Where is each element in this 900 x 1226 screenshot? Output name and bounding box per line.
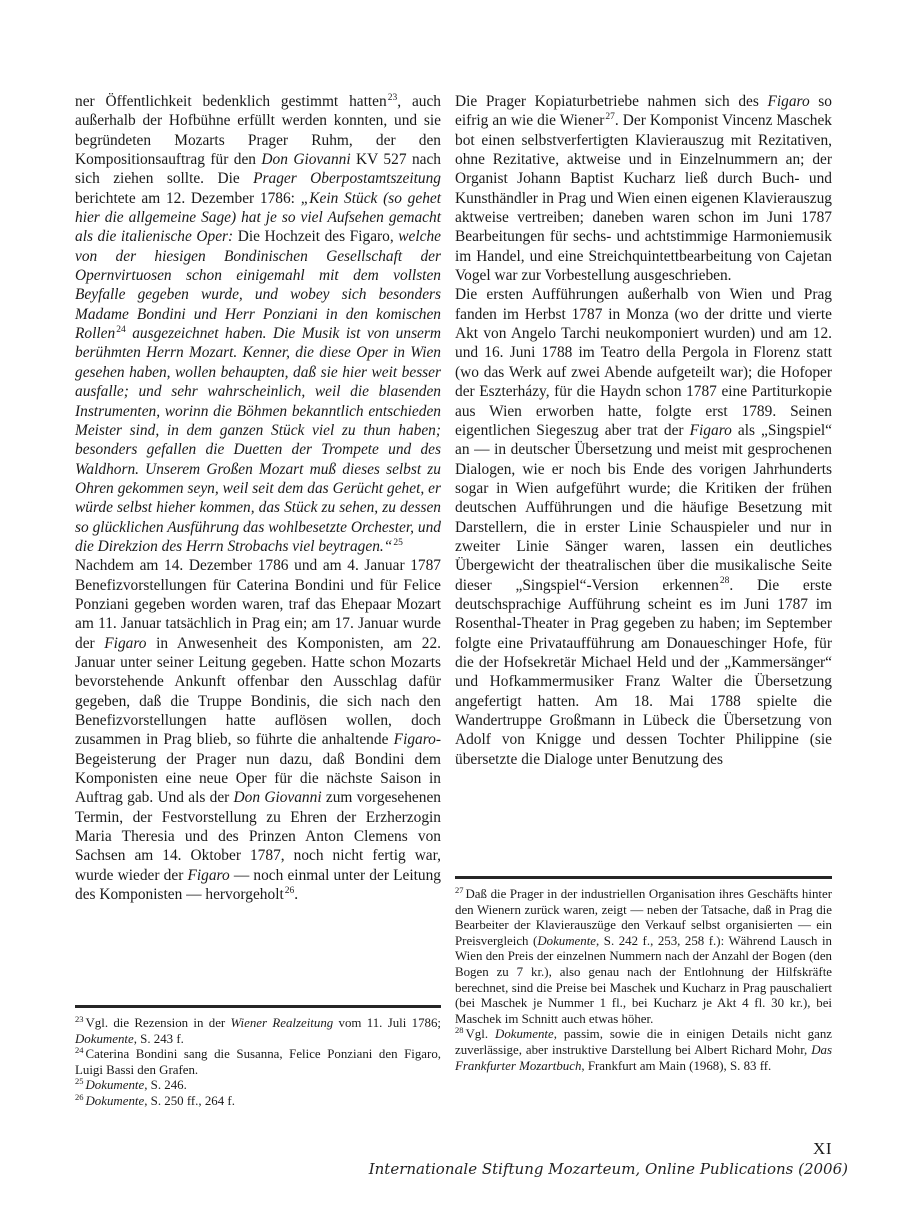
book-page: ner Öffentlichkeit bedenklich gestimmt h…: [0, 0, 900, 1226]
text-run: vom 11. Juli 1786;: [333, 1016, 441, 1030]
right-footnote-block: 27Daß die Prager in der industriellen Or…: [455, 876, 832, 1074]
text-run: berichtete am 12. Dezember 1786:: [75, 190, 301, 207]
text-run: , S. 243 f.: [134, 1032, 184, 1046]
text-run: ausgezeichnet haben. Die Musik ist von u…: [75, 325, 441, 555]
footnote-number: 25: [75, 1076, 84, 1086]
footnote-number: 26: [75, 1092, 84, 1102]
footnote-23: 23Vgl. die Rezension in der Wiener Realz…: [75, 1016, 441, 1047]
text-run: Figaro: [187, 867, 229, 884]
footnote-number: 27: [455, 885, 464, 895]
text-run: , S. 246.: [144, 1078, 187, 1092]
body-paragraph: Die ersten Aufführungen außerhalb von Wi…: [455, 285, 832, 769]
footnote-25: 25Dokumente, S. 246.: [75, 1078, 441, 1094]
text-run: , S. 250 ff., 264 f.: [144, 1094, 235, 1108]
text-run: als „Singspiel“ an — in deutscher Überse…: [455, 422, 832, 594]
text-run: Figaro: [690, 422, 732, 439]
text-run: Prager Oberpostamtszeitung: [253, 170, 441, 187]
text-run: . Der Komponist Vincenz Maschek bot eine…: [455, 112, 832, 284]
left-footnote-block: 23Vgl. die Rezension in der Wiener Realz…: [75, 1005, 441, 1110]
text-run: Don Giovanni: [261, 151, 350, 168]
footnote-28: 28Vgl. Dokumente, passim, sowie die in e…: [455, 1027, 832, 1074]
text-run: Don Giovanni: [234, 789, 322, 806]
footnote-24: 24Caterina Bondini sang die Susanna, Fel…: [75, 1047, 441, 1078]
text-run: Dokumente: [75, 1032, 134, 1046]
body-paragraph: Nachdem am 14. Dezember 1786 und am 4. J…: [75, 556, 441, 904]
footnote-number: 24: [75, 1045, 84, 1055]
text-run: Dokumente: [86, 1094, 145, 1108]
text-run: ner Öffentlichkeit bedenklich gestimmt h…: [75, 93, 387, 110]
body-paragraph: ner Öffentlichkeit bedenklich gestimmt h…: [75, 92, 441, 556]
text-run: .: [294, 886, 298, 903]
left-column: ner Öffentlichkeit bedenklich gestimmt h…: [75, 92, 441, 904]
footnote-separator-rule: [455, 876, 832, 879]
footnote-27: 27Daß die Prager in der industriellen Or…: [455, 887, 832, 1027]
footer-credit: Internationale Stiftung Mozarteum, Onlin…: [369, 1160, 848, 1178]
footnote-ref: 23: [388, 93, 398, 103]
footnote-number: 23: [75, 1014, 84, 1024]
text-run: . Die erste deutschsprachige Aufführung …: [455, 577, 832, 768]
text-run: Figaro: [394, 731, 436, 748]
text-run: Dokumente: [86, 1078, 145, 1092]
page-number: XI: [455, 1139, 832, 1159]
text-run: Die Hochzeit des Figaro,: [238, 228, 394, 245]
text-run: Wiener Realzeitung: [231, 1016, 334, 1030]
footnote-number: 28: [455, 1025, 464, 1035]
footnote-separator-rule: [75, 1005, 441, 1008]
text-run: Vgl.: [466, 1027, 496, 1041]
text-run: Dokumente: [537, 934, 596, 948]
footnote-ref: 28: [720, 576, 730, 586]
text-run: Die ersten Aufführungen außerhalb von Wi…: [455, 286, 832, 438]
footnote-26: 26Dokumente, S. 250 ff., 264 f.: [75, 1094, 441, 1110]
text-run: Die Prager Kopiaturbetriebe nahmen sich …: [455, 93, 767, 110]
text-run: Figaro: [104, 635, 146, 652]
footnote-ref: 27: [605, 112, 615, 122]
footnote-ref: 26: [285, 886, 295, 896]
footnote-ref: 25: [393, 538, 403, 548]
text-run: Dokumente: [495, 1027, 554, 1041]
right-column: Die Prager Kopiaturbetriebe nahmen sich …: [455, 92, 832, 769]
text-run: , Frankfurt am Main (1968), S. 83 ff.: [581, 1059, 771, 1073]
text-run: Caterina Bondini sang die Susanna, Felic…: [75, 1047, 441, 1077]
footnote-ref: 24: [116, 325, 126, 335]
body-paragraph: Die Prager Kopiaturbetriebe nahmen sich …: [455, 92, 832, 285]
right-footnotes: 27Daß die Prager in der industriellen Or…: [455, 887, 832, 1074]
left-footnotes: 23Vgl. die Rezension in der Wiener Realz…: [75, 1016, 441, 1110]
text-run: Vgl. die Rezension in der: [86, 1016, 231, 1030]
text-run: Figaro: [767, 93, 809, 110]
